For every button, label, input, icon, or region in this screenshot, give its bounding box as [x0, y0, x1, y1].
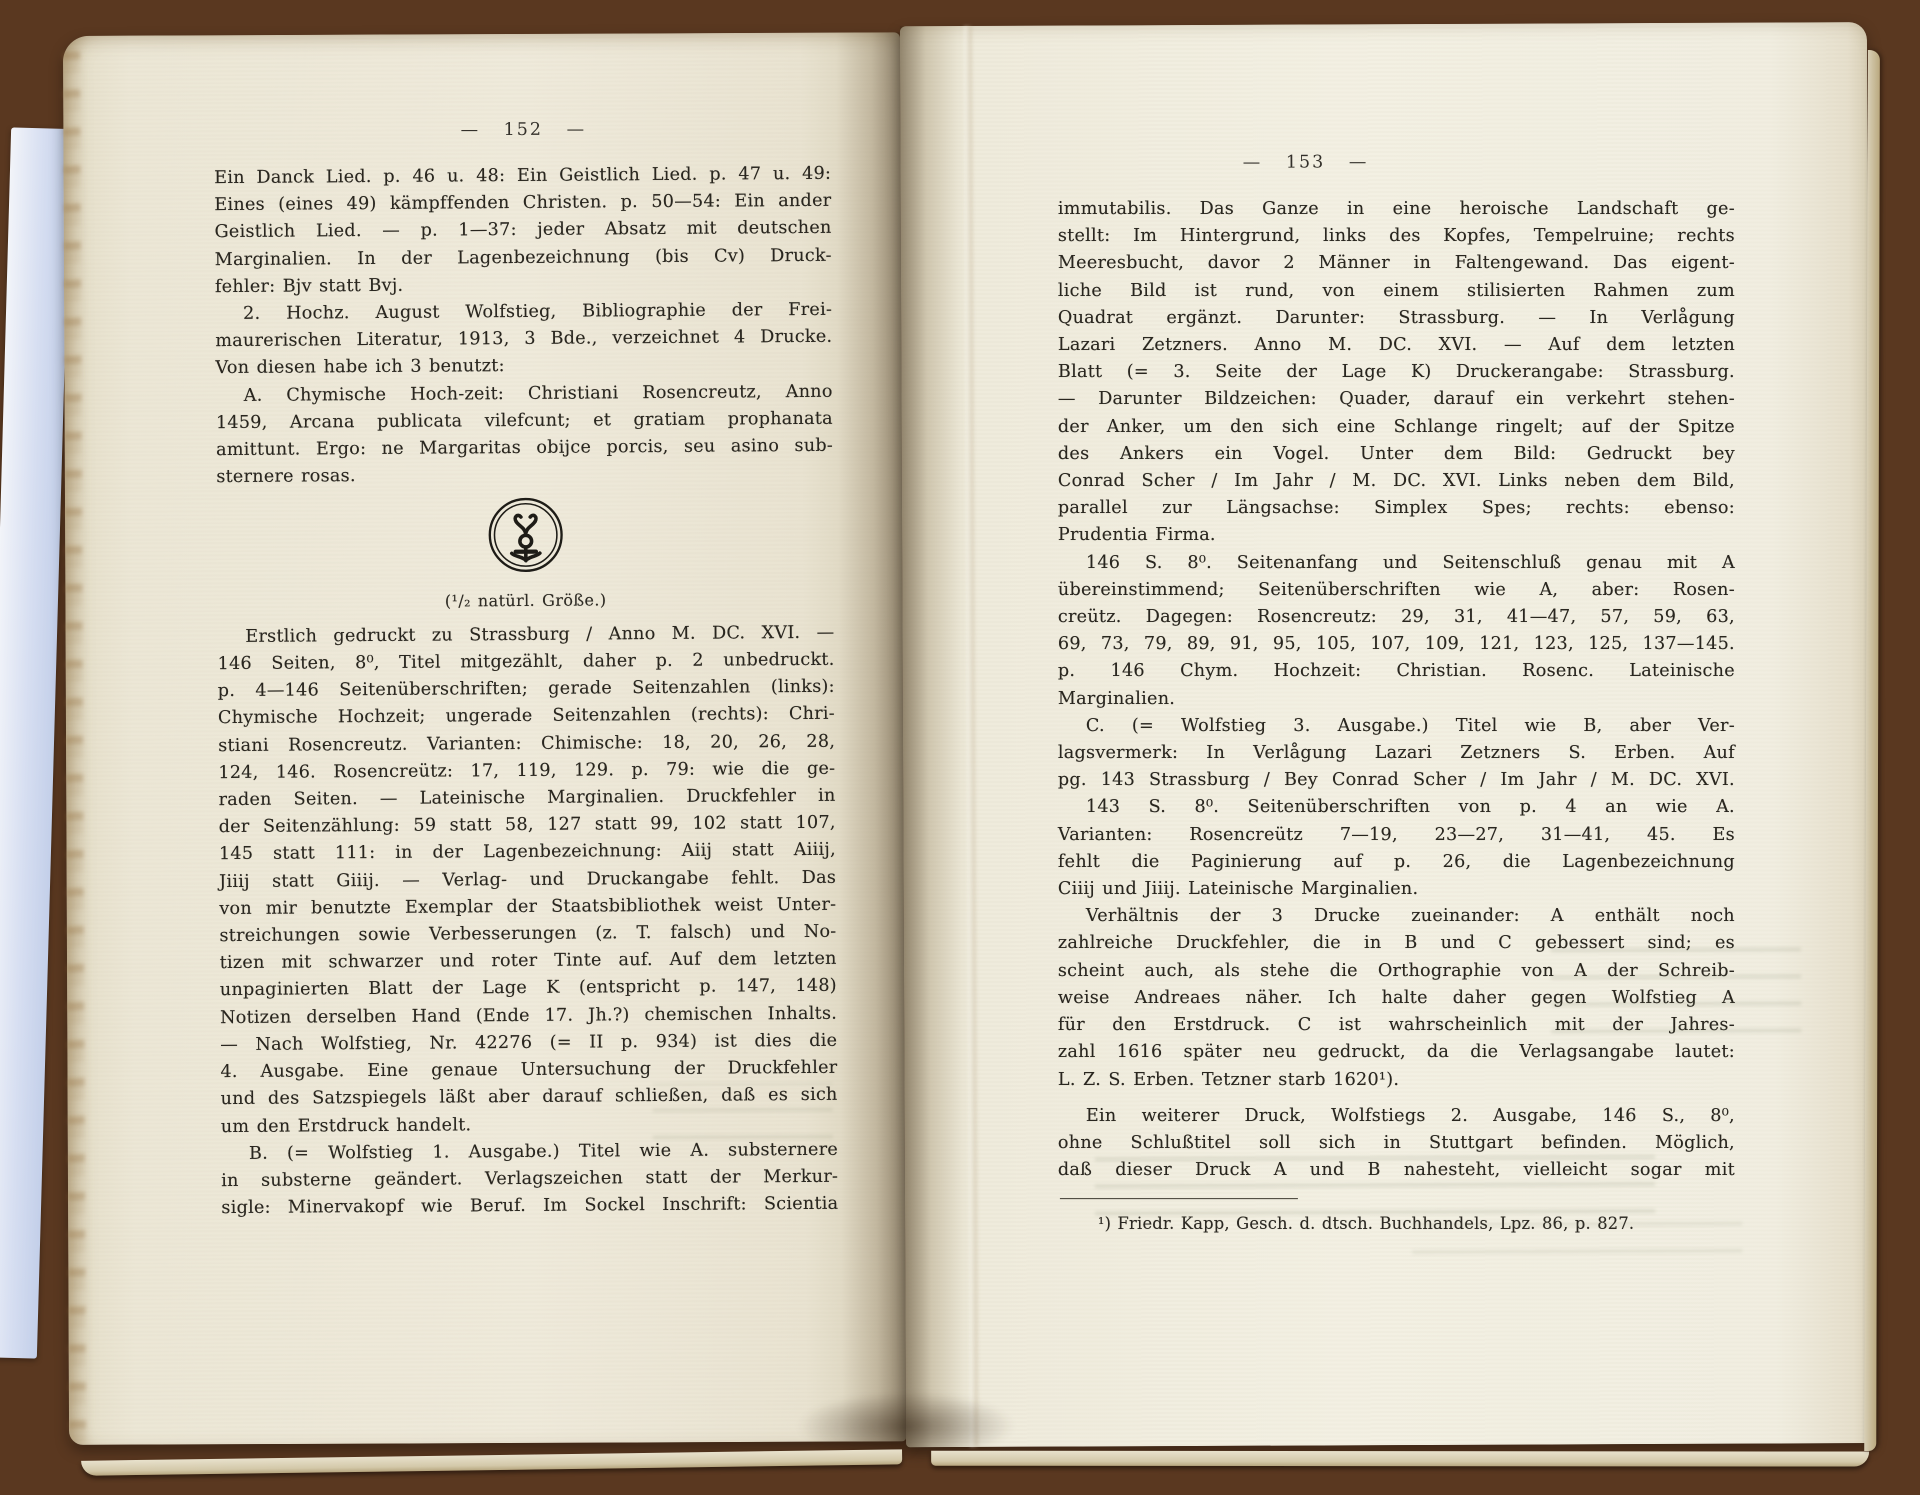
text-line: A. Chymische Hoch-zeit: Christiani Rosen…: [216, 378, 833, 410]
paragraph: Verhältnis der 3 Drucke zueinander: A en…: [1058, 903, 1735, 1093]
paragraph: immutabilis. Das Ganze in eine heroische…: [1058, 196, 1735, 550]
text-line: — Nach Wolfstieg, Nr. 42276 (= II p. 934…: [220, 1028, 837, 1060]
paragraph-group: immutabilis. Das Ganze in eine heroische…: [1058, 196, 1735, 1184]
text-line: amittunt. Ergo: ne Margaritas obijce por…: [216, 433, 833, 465]
text-line: Varianten: Rosencreütz 7—19, 23—27, 31—4…: [1058, 822, 1735, 849]
paragraph: A. Chymische Hoch-zeit: Christiani Rosen…: [216, 378, 834, 491]
text-line: creütz. Dagegen: Rosencreutz: 29, 31, 41…: [1058, 604, 1735, 631]
text-line: Von diesen habe ich 3 benutzt:: [215, 351, 832, 383]
paragraph: 2. Hochz. August Wolfstieg, Bibliographi…: [215, 297, 833, 383]
text-line: lagsvermerk: In Verlågung Lazari Zetzner…: [1058, 740, 1735, 767]
printer-mark-caption: (¹/₂ natürl. Größe.): [217, 584, 834, 616]
text-line: L. Z. S. Erben. Tetzner starb 1620¹).: [1058, 1067, 1735, 1094]
text-line: Chymische Hochzeit; ungerade Seitenzahle…: [218, 701, 835, 733]
text-line: Jiiij statt Giiij. — Verlag- und Druckan…: [219, 864, 836, 896]
text-line: zahlreiche Druckfehler, die in B und C g…: [1058, 931, 1735, 958]
text-line: stellt: Im Hintergrund, links des Kopfes…: [1058, 223, 1735, 250]
page-152: — 152 — Ein Danck Lied. p. 46 u. 48: Ein…: [63, 32, 906, 1445]
text-line: Prudentia Firma.: [1058, 523, 1735, 550]
text-line: weise Andreaes näher. Ich halte daher ge…: [1058, 985, 1735, 1012]
text-line: Verhältnis der 3 Drucke zueinander: A en…: [1058, 903, 1735, 930]
text-line: raden Seiten. — Lateinische Marginalien.…: [218, 783, 835, 815]
text-line: stiani Rosencreutz. Varianten: Chimische…: [218, 728, 835, 760]
text-line: parallel zur Längsachse: Simplex Spes; r…: [1058, 495, 1735, 522]
text-line: 143 S. 8⁰. Seitenüberschriften von p. 4 …: [1058, 795, 1735, 822]
text-line: zahl 1616 später neu gedruckt, da die Ve…: [1058, 1039, 1735, 1066]
text-line: übereinstimmend; Seitenüberschriften wie…: [1058, 577, 1735, 604]
page-block-edge-bottom-right: [931, 1451, 1869, 1467]
page-number-153: — 153 —: [1055, 23, 1556, 173]
text-line: 124, 146. Rosencreütz: 17, 119, 129. p. …: [218, 756, 835, 788]
paragraph: Ein weiterer Druck, Wolfstiegs 2. Ausgab…: [1058, 1103, 1735, 1185]
text-line: tizen mit schwarzer und roter Tinte auf.…: [220, 946, 837, 978]
text-line: — Darunter Bildzeichen: Quader, darauf e…: [1058, 387, 1735, 414]
text-line: B. (= Wolfstieg 1. Ausgabe.) Titel wie A…: [221, 1136, 838, 1168]
text-line: scheint auch, als stehe die Orthographie…: [1058, 958, 1735, 985]
text-line: fehler: Bjv statt Bvj.: [215, 270, 832, 302]
paragraph: Ein Danck Lied. p. 46 u. 48: Ein Geistli…: [214, 161, 832, 301]
page-152-text-column: Ein Danck Lied. p. 46 u. 48: Ein Geistli…: [214, 161, 838, 1223]
paragraph-group: Erstlich gedruckt zu Strassburg / Anno M…: [217, 620, 838, 1223]
text-line: für den Erstdruck. C ist wahrscheinlich …: [1058, 1012, 1735, 1039]
text-line: pg. 143 Strassburg / Bey Conrad Scher / …: [1058, 767, 1735, 794]
text-line: 2. Hochz. August Wolfstieg, Bibliographi…: [215, 297, 832, 329]
text-line: liche Bild ist rund, von einem stilisier…: [1058, 278, 1735, 305]
page-153: — 153 — immutabilis. Das Ganze in eine h…: [900, 22, 1873, 1447]
text-line: 69, 73, 79, 89, 91, 95, 105, 107, 109, 1…: [1058, 631, 1735, 658]
text-line: Blatt (= 3. Seite der Lage K) Druckerang…: [1058, 359, 1735, 386]
text-line: von mir benutzte Exemplar der Staatsbibl…: [219, 892, 836, 924]
page-153-text-column: immutabilis. Das Ganze in eine heroische…: [1058, 196, 1735, 1238]
text-line: 146 S. 8⁰. Seitenanfang und Seitenschluß…: [1058, 550, 1735, 577]
text-line: maurerischen Literatur, 1913, 3 Bde., ve…: [215, 324, 832, 356]
text-line: Conrad Scher / Im Jahr / M. DC. XVI. Lin…: [1058, 468, 1735, 495]
printer-mark-figure: [216, 494, 834, 586]
text-line: 146 Seiten, 8⁰, Titel mitgezählt, daher …: [217, 647, 834, 679]
text-line: Quadrat ergänzt. Darunter: Strassburg. —…: [1058, 305, 1735, 332]
footnote-rule: [1060, 1198, 1298, 1199]
text-line: Marginalien. In der Lagenbezeichnung (bi…: [215, 242, 832, 274]
gutter-crease-highlight: [964, 26, 978, 1447]
text-line: C. (= Wolfstieg 3. Ausgabe.) Titel wie B…: [1058, 713, 1735, 740]
text-line: 4. Ausgabe. Eine genaue Untersuchung der…: [220, 1055, 837, 1087]
text-line: 145 statt 111: in der Lagenbezeichnung: …: [219, 837, 836, 869]
text-line: ohne Schlußtitel soll sich in Stuttgart …: [1058, 1130, 1735, 1157]
text-line: Ein Danck Lied. p. 46 u. 48: Ein Geistli…: [214, 161, 831, 193]
footnote: ¹) Friedr. Kapp, Gesch. d. dtsch. Buchha…: [1058, 1210, 1735, 1237]
text-line: der Anker, um den sich eine Schlange rin…: [1058, 414, 1735, 441]
text-line: der Seitenzählung: 59 statt 58, 127 stat…: [219, 810, 836, 842]
text-line: Geistlich Lied. — p. 1—37: jeder Absatz …: [214, 215, 831, 247]
page-block-edge-bottom-left: [81, 1449, 902, 1475]
page-number-152: — 152 —: [215, 33, 831, 142]
text-line: immutabilis. Das Ganze in eine heroische…: [1058, 196, 1735, 223]
text-line: Ein weiterer Druck, Wolfstiegs 2. Ausgab…: [1058, 1103, 1735, 1130]
text-line: 1459, Arcana publicata vilefcunt; et gra…: [216, 406, 833, 438]
page-block-edge-right: [1864, 50, 1880, 1451]
text-line: Lazari Zetzners. Anno M. DC. XVI. — Auf …: [1058, 332, 1735, 359]
mercury-sigil-icon: [486, 496, 565, 575]
text-line: Notizen derselben Hand (Ende 17. Jh.?) c…: [220, 1000, 837, 1032]
text-line: sigle: Minervakopf wie Beruf. Im Sockel …: [221, 1191, 838, 1223]
paragraph: 146 S. 8⁰. Seitenanfang und Seitenschluß…: [1058, 550, 1735, 713]
text-line: Eines (eines 49) kämpffenden Christen. p…: [214, 188, 831, 220]
text-line: und des Satzspiegels läßt aber darauf sc…: [221, 1082, 838, 1114]
paragraph: Erstlich gedruckt zu Strassburg / Anno M…: [217, 620, 838, 1141]
text-line: daß dieser Druck A und B nahesteht, viel…: [1058, 1157, 1735, 1184]
text-line: p. 146 Chym. Hochzeit: Christian. Rosenc…: [1058, 659, 1735, 686]
text-line: Erstlich gedruckt zu Strassburg / Anno M…: [217, 620, 834, 652]
text-line: um den Erstdruck handelt.: [221, 1109, 838, 1141]
bookmark-strip: [0, 127, 71, 1358]
text-line: Meeresbucht, davor 2 Männer in Faltengew…: [1058, 251, 1735, 278]
text-line: Ciiij und Jiiij. Lateinische Marginalien…: [1058, 876, 1735, 903]
text-line: unpaginierten Blatt der Lage K (entspric…: [220, 973, 837, 1005]
paragraph: C. (= Wolfstieg 3. Ausgabe.) Titel wie B…: [1058, 713, 1735, 795]
paragraph: B. (= Wolfstieg 1. Ausgabe.) Titel wie A…: [221, 1136, 839, 1222]
text-line: des Ankers ein Vogel. Unter dem Bild: Ge…: [1058, 441, 1735, 468]
text-line: fehlt die Paginierung auf p. 26, die Lag…: [1058, 849, 1735, 876]
text-line: sternere rosas.: [216, 460, 833, 492]
paragraph: 143 S. 8⁰. Seitenüberschriften von p. 4 …: [1058, 795, 1735, 904]
text-line: p. 4—146 Seitenüberschriften; gerade Sei…: [218, 674, 835, 706]
text-line: Marginalien.: [1058, 686, 1735, 713]
text-line: in substerne geändert. Verlagszeichen st…: [221, 1164, 838, 1196]
book-photo-scene: — 152 — Ein Danck Lied. p. 46 u. 48: Ein…: [0, 0, 1920, 1495]
paragraph-group: Ein Danck Lied. p. 46 u. 48: Ein Geistli…: [214, 161, 833, 492]
text-line: streichungen sowie Verbesserungen (z. T.…: [219, 919, 836, 951]
open-book: — 152 — Ein Danck Lied. p. 46 u. 48: Ein…: [63, 20, 1873, 1459]
